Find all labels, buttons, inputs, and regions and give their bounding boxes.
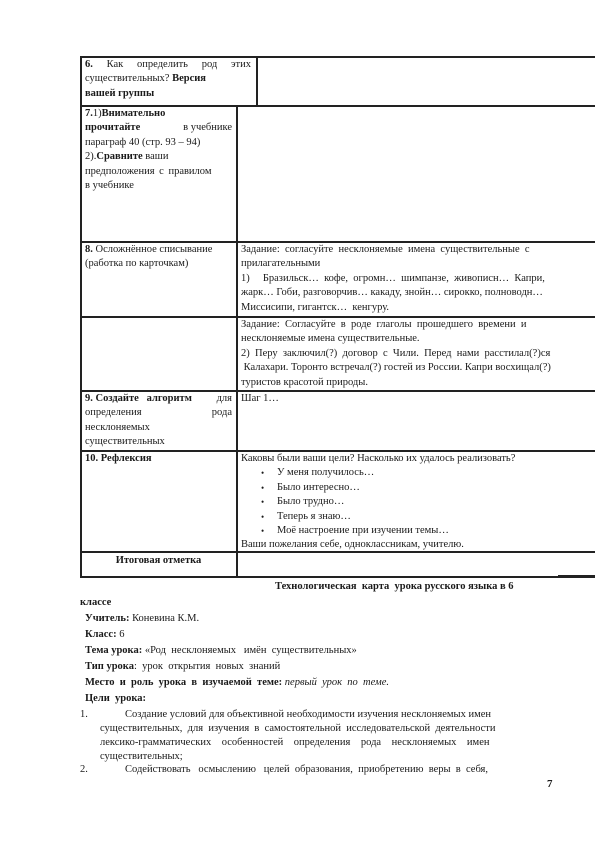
- row-text-bold: . Рефлексия: [96, 453, 152, 464]
- reflection-item-text: Теперь я знаю…: [277, 511, 351, 522]
- table-border: [80, 576, 595, 578]
- place-label: Место и роль урока в изучаемой теме:: [85, 677, 282, 688]
- row-text: несклоняемых: [85, 421, 232, 435]
- final-grade-cell[interactable]: [238, 553, 595, 575]
- goal-item: 2. Содействовать осмыслению целей образо…: [75, 763, 560, 779]
- row-number: 6.: [85, 59, 93, 70]
- title-text: Технологическая карта урока русского язы…: [275, 581, 514, 592]
- row-text-bold: 9. Создайте алгоритм: [85, 392, 192, 406]
- row-text-bold: Сравните: [96, 151, 142, 162]
- row-6-answer-cell[interactable]: [258, 57, 595, 104]
- row-8-task-1: Задание: согласуйте несклоняемые имена с…: [238, 242, 595, 316]
- row-text: (работка по карточкам): [85, 257, 232, 271]
- class-value: 6: [117, 629, 125, 640]
- row-text: существительных: [85, 435, 232, 449]
- row-text-bold: прочитайте: [85, 122, 140, 133]
- type-value: : урок открытия новых знаний: [134, 661, 280, 672]
- row-6-question: 6. Как определить род этих существительн…: [82, 57, 254, 102]
- task-text: 2) Перу заключил(?) договор с Чили. Пере…: [241, 347, 592, 361]
- task-text: Миссисипи, гигантск… кенгуру.: [241, 301, 592, 315]
- row-text: 2).: [85, 151, 96, 162]
- goal-text: Содействовать осмыслению целей образован…: [125, 763, 560, 777]
- goal-text: Создание условий для объективной необход…: [125, 708, 560, 722]
- topic-line: Тема урока: «Род несклоняемых имён сущес…: [85, 644, 357, 658]
- reflection-item: Моё настроение при изучении темы…: [241, 524, 592, 538]
- task-text: жарк… Гоби, разговорчив… какаду, знойн… …: [241, 286, 592, 300]
- row-text: Как определить род этих: [107, 59, 251, 70]
- final-grade-label: Итоговая отметка: [82, 553, 235, 569]
- type-label: Тип урока: [85, 661, 134, 672]
- task-text: Задание: согласуйте несклоняемые имена с…: [241, 243, 592, 257]
- lesson-map-title-cont: классе: [80, 596, 111, 610]
- task-text: 1) Бразильск… кофе, огромн… шимпанзе, жи…: [241, 272, 592, 286]
- goal-item: 1. Создание условий для объективной необ…: [75, 708, 560, 766]
- goal-text: лексико-грамматических особенностей опре…: [100, 736, 560, 750]
- row-9-answer-cell[interactable]: Шаг 1…: [238, 391, 595, 449]
- row-text: существительных?: [85, 73, 172, 84]
- row-number: 10: [85, 453, 96, 464]
- table-border: [558, 575, 595, 577]
- row-text: Осложнённое списывание: [96, 244, 213, 255]
- goal-number: 2.: [80, 763, 88, 777]
- teacher-label: Учитель:: [85, 613, 129, 624]
- task-text: Калахари. Торонто встречал(?) гостей из …: [241, 361, 592, 375]
- reflection-item-text: Было трудно…: [277, 496, 344, 507]
- type-line: Тип урока: урок открытия новых знаний: [85, 660, 280, 674]
- reflection-item: Теперь я знаю…: [241, 510, 592, 524]
- place-value: первый урок по теме.: [282, 677, 389, 688]
- row-7-answer-cell[interactable]: [238, 106, 595, 240]
- class-label: Класс:: [85, 629, 117, 640]
- topic-value: «Род несклоняемых имён существительных»: [142, 645, 357, 656]
- class-line: Класс: 6: [85, 628, 124, 642]
- row-text: параграф 40 (стр. 93 – 94): [85, 136, 232, 150]
- task-text: несклоняемые имена существительные.: [241, 332, 592, 346]
- task-text: прилагательными: [241, 257, 592, 271]
- row-text-bold: вашей группы: [85, 88, 154, 99]
- task-text: туристов красотой природы.: [241, 376, 592, 390]
- reflection-list: У меня получилось… Было интересно… Было …: [241, 466, 592, 538]
- row-10-reflection: Каковы были ваши цели? Насколько их удал…: [238, 451, 595, 554]
- row-text: 1): [93, 108, 102, 119]
- title-text: классе: [80, 597, 111, 608]
- page-number: 7: [547, 777, 553, 791]
- reflection-item: Было интересно…: [241, 481, 592, 495]
- teacher-line: Учитель: Коневина К.М.: [85, 612, 199, 626]
- row-8-task-2: Задание: Согласуйте в роде глаголы проше…: [238, 317, 595, 391]
- reflection-item: Было трудно…: [241, 495, 592, 509]
- lesson-map-title: Технологическая карта урока русского язы…: [275, 580, 514, 594]
- row-number: 8.: [85, 244, 93, 255]
- row-10-label: 10. Рефлексия: [82, 451, 235, 467]
- row-text: в учебнике: [85, 179, 232, 193]
- reflection-closing: Ваши пожелания себе, одноклассникам, учи…: [241, 538, 592, 552]
- place-line: Место и роль урока в изучаемой теме: пер…: [85, 676, 389, 690]
- reflection-item-text: У меня получилось…: [277, 467, 374, 478]
- row-8-label: 8. Осложнённое списывание (работка по ка…: [82, 242, 235, 273]
- row-9-label: 9. Создайте алгоритмдля определениярода …: [82, 391, 235, 451]
- goals-label: Цели урока:: [85, 693, 146, 704]
- row-text: для: [217, 392, 232, 406]
- reflection-item-text: Моё настроение при изучении темы…: [277, 525, 449, 536]
- goals-line: Цели урока:: [85, 692, 146, 706]
- final-grade-text: Итоговая отметка: [116, 555, 202, 566]
- row-number: 7.: [85, 108, 93, 119]
- row-text-bold: Внимательно: [102, 108, 166, 119]
- row-text: предположения с правилом: [85, 165, 232, 179]
- row-7-instructions: 7.1)Внимательно прочитайтев учебнике пар…: [82, 106, 235, 194]
- task-text: Задание: Согласуйте в роде глаголы проше…: [241, 318, 592, 332]
- teacher-value: Коневина К.М.: [129, 613, 199, 624]
- reflection-question: Каковы были ваши цели? Насколько их удал…: [241, 452, 592, 466]
- row-text: ваши: [145, 151, 168, 162]
- row-text: в учебнике: [183, 121, 232, 135]
- goal-number: 1.: [80, 708, 88, 722]
- goal-text: существительных, для изучения в самостоя…: [100, 722, 560, 736]
- topic-label: Тема урока:: [85, 645, 142, 656]
- row-text-bold: Версия: [172, 73, 206, 84]
- reflection-item-text: Было интересно…: [277, 482, 360, 493]
- step-text: Шаг 1…: [241, 392, 592, 406]
- reflection-item: У меня получилось…: [241, 466, 592, 480]
